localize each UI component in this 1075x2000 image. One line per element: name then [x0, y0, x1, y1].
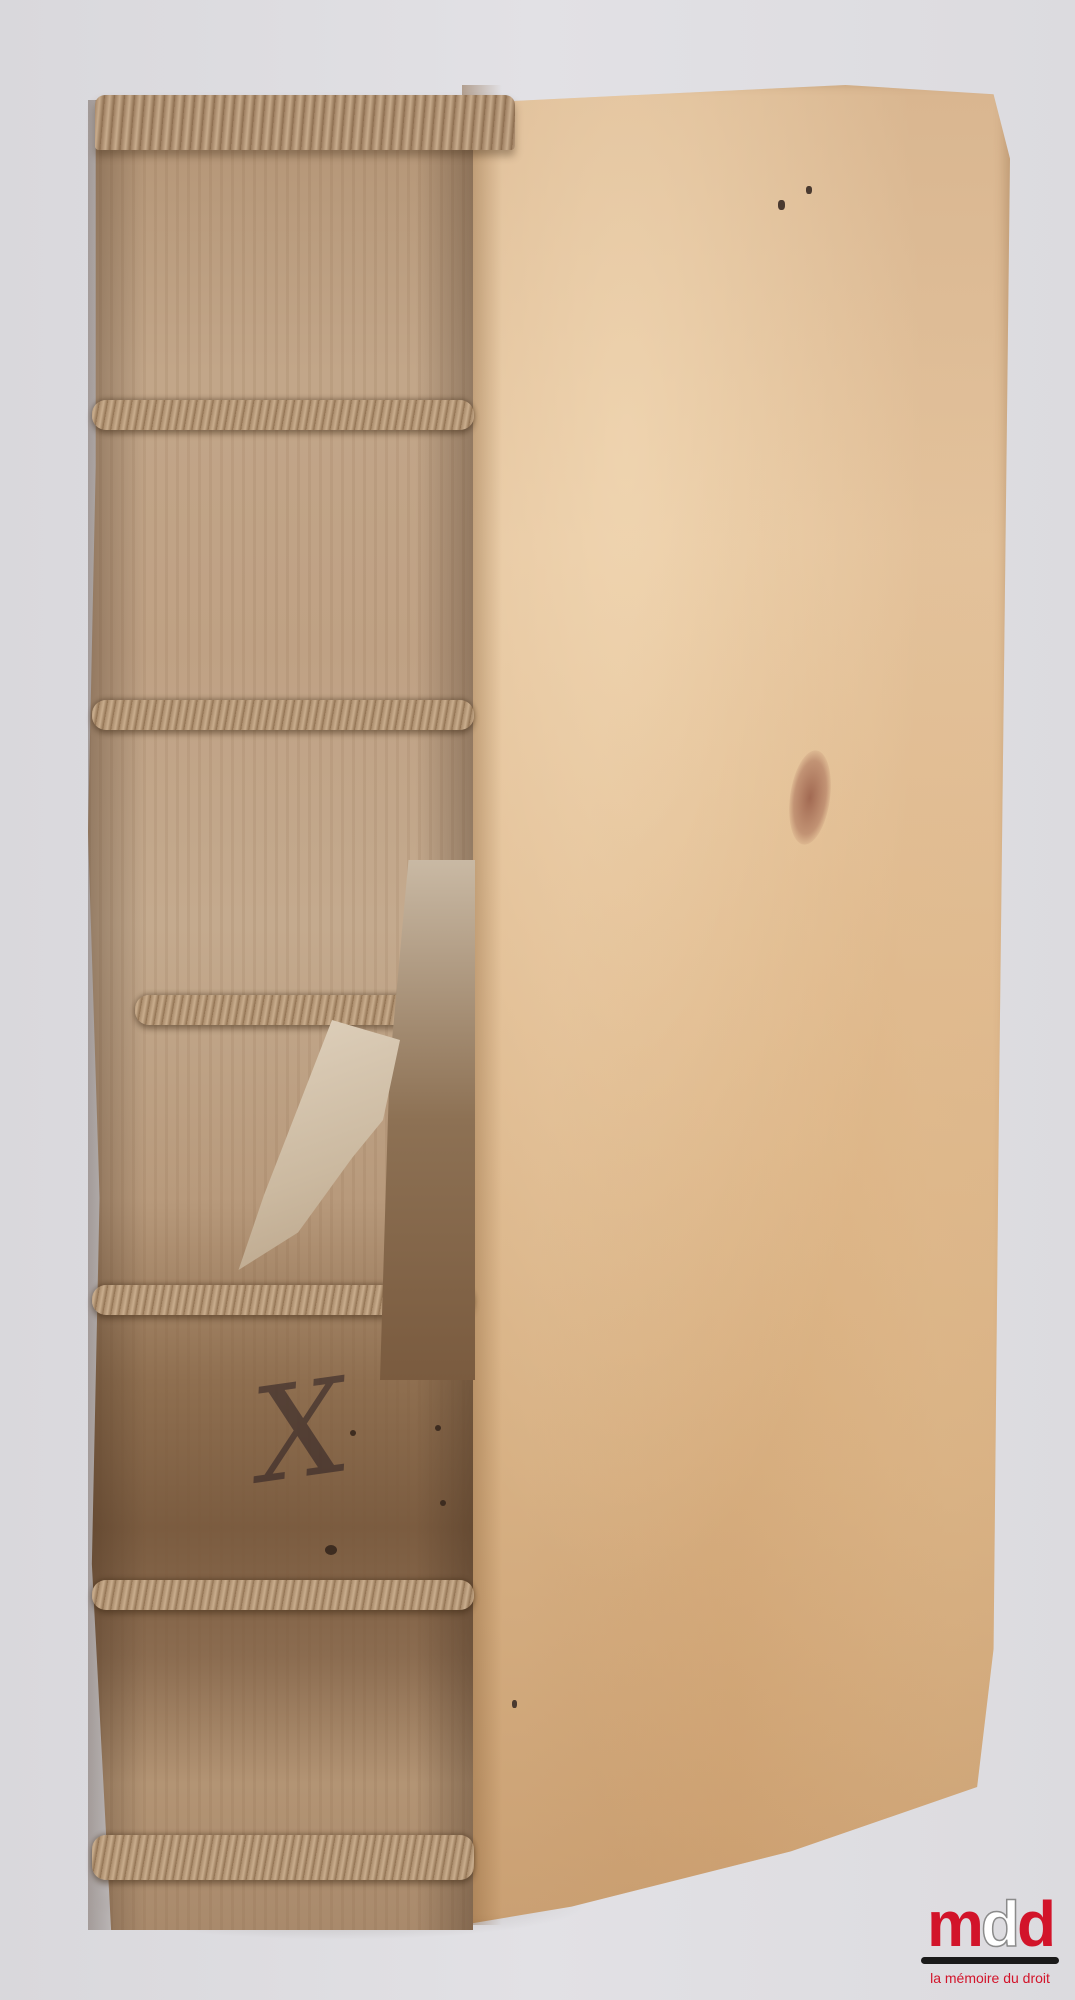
spine-raised-band — [92, 1835, 474, 1880]
book-front-cover — [462, 85, 1010, 1925]
wormhole — [440, 1500, 446, 1506]
cover-speck — [806, 186, 812, 194]
cover-speck — [512, 1700, 517, 1708]
logo-tagline: la mémoire du droit — [915, 1970, 1065, 1986]
wormhole — [435, 1425, 441, 1431]
logo-wordmark: mdd — [915, 1893, 1065, 1955]
logo-letter-d-outline: d — [981, 1888, 1017, 1960]
wormhole — [325, 1545, 337, 1555]
wormhole — [350, 1430, 356, 1436]
spine-headcap — [95, 95, 515, 150]
book-photo: X — [0, 0, 1075, 2000]
spine-raised-band — [92, 1580, 474, 1610]
mdd-logo: mdd la mémoire du droit — [915, 1893, 1065, 1986]
cover-speck — [778, 200, 785, 210]
logo-letter-m: m — [927, 1888, 981, 1960]
logo-letter-d: d — [1017, 1888, 1053, 1960]
spine-raised-band — [92, 400, 474, 430]
spine-raised-band — [92, 700, 474, 730]
